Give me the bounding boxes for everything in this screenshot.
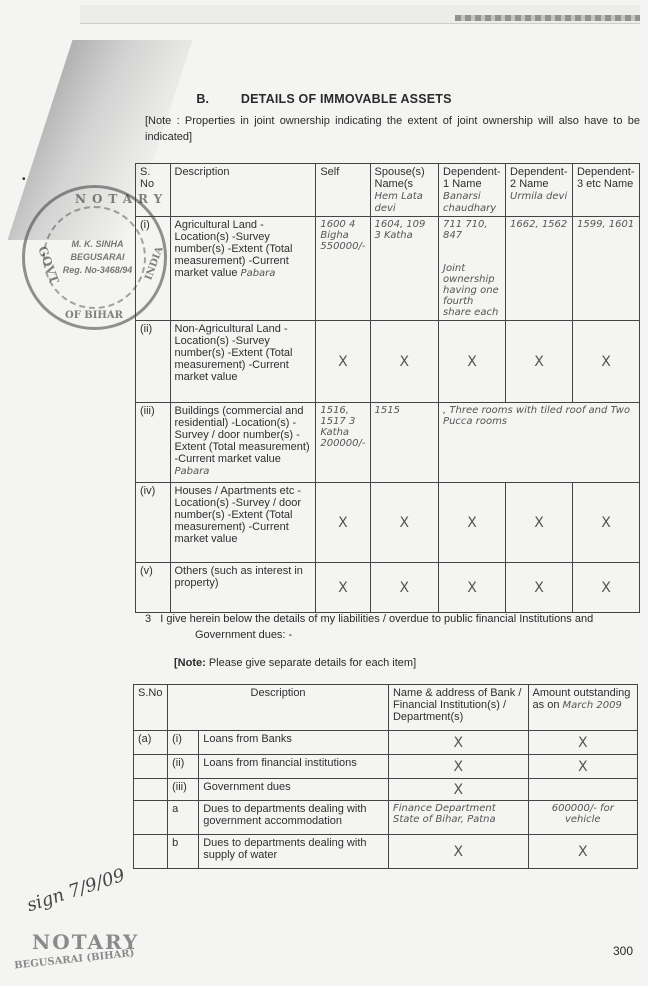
row-description: Agricultural Land - Location(s) -Survey … xyxy=(170,217,316,321)
liabilities-note: [Note: Please give separate details for … xyxy=(174,657,416,669)
table-row: (i) Agricultural Land - Location(s) -Sur… xyxy=(136,217,640,321)
table-row: (ii) Loans from financial institutions X… xyxy=(134,755,638,779)
row-sno: (v) xyxy=(136,563,171,613)
cell-amount xyxy=(528,779,637,801)
row-sub: (iii) xyxy=(168,779,199,801)
cell-self: X xyxy=(316,321,370,403)
dependent-1-name: Banarsi chaudhary xyxy=(443,191,496,214)
cell-dependent-3: X xyxy=(572,563,639,613)
cell-dependent-2: 1662, 1562 xyxy=(506,217,573,321)
dependent-2-name: Urmila devi xyxy=(510,191,567,202)
location-handwritten: Pabara xyxy=(241,268,276,279)
col-spouse: Spouse(s) Name(sHem Lata devi xyxy=(370,164,439,217)
table-row: (a) (i) Loans from Banks X X xyxy=(134,731,638,755)
row-description: Loans from Banks xyxy=(199,731,389,755)
row-description: Loans from financial institutions xyxy=(199,755,389,779)
row-sno: (ii) xyxy=(136,321,171,403)
row-sno xyxy=(134,779,168,801)
liabilities-number: 3 xyxy=(145,613,151,625)
col-description: Description xyxy=(170,164,316,217)
notary-seal: NOTARY BEGUSARAI (BIHAR) xyxy=(14,930,139,965)
signature: sign 7/9/09 xyxy=(24,865,127,916)
cell-amount: 600000/- for vehicle xyxy=(528,801,637,835)
as-on-date: March 2009 xyxy=(563,700,622,711)
cell-bank: X xyxy=(388,835,528,869)
cell-spouse: 1604, 109 3 Katha xyxy=(370,217,439,321)
row-sub: (ii) xyxy=(168,755,199,779)
row-description: Dues to departments dealing with supply … xyxy=(199,835,389,869)
spouse-name: Hem Lata devi xyxy=(375,191,423,214)
cell-dependent-3: X xyxy=(572,483,639,563)
cell-spouse: X xyxy=(370,483,439,563)
cell-dependent-3: 1599, 1601 xyxy=(572,217,639,321)
row-sno xyxy=(134,801,168,835)
row-sno xyxy=(134,755,168,779)
cell-dependent-1: 711 710, 847Joint ownership having one f… xyxy=(439,217,506,321)
stamp-top-text: NOTARY xyxy=(75,192,168,206)
table-header-row: S.No Description Name & address of Bank … xyxy=(134,685,638,731)
row-sub: (i) xyxy=(168,731,199,755)
cell-dependent-1: X xyxy=(439,321,506,403)
row-sno: (a) xyxy=(134,731,168,755)
table-row: (iv) Houses / Apartments etc - Location(… xyxy=(136,483,640,563)
table-header-row: S. No Description Self Spouse(s) Name(sH… xyxy=(136,164,640,217)
notary-round-stamp: NOTARY GOVT OF BIHAR INDIA M. K. SINHABE… xyxy=(22,185,167,330)
stamp-bottom-text: OF BIHAR xyxy=(65,310,123,321)
cell-bank: X xyxy=(388,779,528,801)
location-handwritten: Pabara xyxy=(175,466,210,477)
scanned-header-fragment xyxy=(455,15,640,21)
cell-amount: X xyxy=(528,835,637,869)
immovable-assets-table: S. No Description Self Spouse(s) Name(sH… xyxy=(135,163,640,613)
col-bank: Name & address of Bank / Financial Insti… xyxy=(388,685,528,731)
col-description: Description xyxy=(168,685,389,731)
table-row: (ii) Non-Agricultural Land - Location(s)… xyxy=(136,321,640,403)
row-sub: a xyxy=(168,801,199,835)
building-remark: , Three rooms with tiled roof and Two Pu… xyxy=(439,403,640,483)
cell-dependent-2: X xyxy=(506,563,573,613)
cell-dependent-2: X xyxy=(506,483,573,563)
cell-bank: X xyxy=(388,731,528,755)
row-description: Others (such as interest in property) xyxy=(170,563,316,613)
row-description: Houses / Apartments etc - Location(s) -S… xyxy=(170,483,316,563)
cell-spouse: 1515 xyxy=(370,403,439,483)
liabilities-table: S.No Description Name & address of Bank … xyxy=(133,684,638,869)
cell-bank: X xyxy=(388,755,528,779)
cell-self: X xyxy=(316,483,370,563)
section-title: B. DETAILS OF IMMOVABLE ASSETS xyxy=(0,92,648,106)
row-description: Dues to departments dealing with governm… xyxy=(199,801,389,835)
table-row: (iii) Government dues X xyxy=(134,779,638,801)
row-description: Non-Agricultural Land - Location(s) -Sur… xyxy=(170,321,316,403)
cell-dependent-1: X xyxy=(439,483,506,563)
table-row: (v) Others (such as interest in property… xyxy=(136,563,640,613)
page-number: 300 xyxy=(613,944,633,958)
col-self: Self xyxy=(316,164,370,217)
col-dependent-2: Dependent-2 NameUrmila devi xyxy=(506,164,573,217)
liabilities-intro: 3 I give herein below the details of my … xyxy=(145,611,625,643)
row-sno: (iii) xyxy=(136,403,171,483)
stamp-center: M. K. SINHABEGUSARAIReg. No-3468/94 xyxy=(25,238,170,277)
cell-self: 1516, 1517 3 Katha 200000/- xyxy=(316,403,370,483)
cell-amount: X xyxy=(528,731,637,755)
row-sub: b xyxy=(168,835,199,869)
table-row: (iii) Buildings (commercial and resident… xyxy=(136,403,640,483)
section-heading: DETAILS OF IMMOVABLE ASSETS xyxy=(241,92,452,106)
row-sno: (iv) xyxy=(136,483,171,563)
cell-amount: X xyxy=(528,755,637,779)
cell-spouse: X xyxy=(370,321,439,403)
table-row: a Dues to departments dealing with gover… xyxy=(134,801,638,835)
cell-spouse: X xyxy=(370,563,439,613)
col-dependent-3: Dependent-3 etc Name xyxy=(572,164,639,217)
bullet-mark: • xyxy=(22,174,26,185)
col-dependent-1: Dependent-1 NameBanarsi chaudhary xyxy=(439,164,506,217)
row-sno xyxy=(134,835,168,869)
row-description: Government dues xyxy=(199,779,389,801)
joint-ownership-remark: Joint ownership having one fourth share … xyxy=(443,263,499,318)
cell-bank: Finance Department State of Bihar, Patna xyxy=(388,801,528,835)
col-amount: Amount outstanding as on March 2009 xyxy=(528,685,637,731)
table-row: b Dues to departments dealing with suppl… xyxy=(134,835,638,869)
cell-dependent-2: X xyxy=(506,321,573,403)
row-description: Buildings (commercial and residential) -… xyxy=(170,403,316,483)
cell-self: 1600 4 Bigha 550000/- xyxy=(316,217,370,321)
col-sno: S.No xyxy=(134,685,168,731)
cell-self: X xyxy=(316,563,370,613)
section-letter: B. xyxy=(196,92,209,106)
cell-dependent-3: X xyxy=(572,321,639,403)
joint-ownership-note: [Note : Properties in joint ownership in… xyxy=(145,113,640,145)
cell-dependent-1: X xyxy=(439,563,506,613)
